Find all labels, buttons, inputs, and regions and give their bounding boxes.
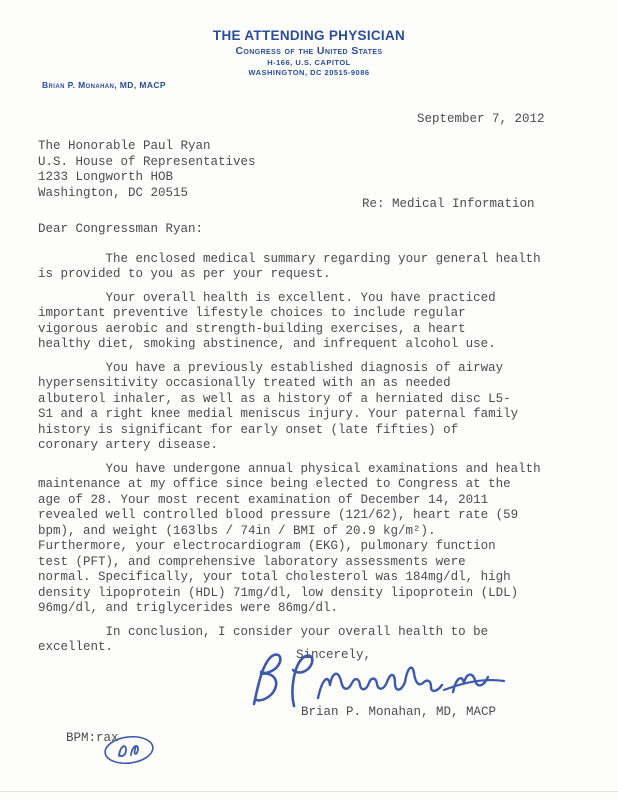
paragraph-enclosed-summary: The enclosed medical summary regarding y… [38, 252, 568, 283]
salutation: Dear Congressman Ryan: [38, 222, 568, 238]
subject-line: Re: Medical Information [362, 197, 535, 213]
letterhead-subtitle: Congress of the United States [0, 45, 618, 57]
paragraph-overall-health: Your overall health is excellent. You ha… [38, 291, 568, 353]
paragraph-medical-history: You have a previously established diagno… [38, 361, 568, 454]
signer-typed-name: Brian P. Monahan, MD, MACP [301, 705, 496, 721]
letter-date: September 7, 2012 [417, 112, 545, 128]
letterhead-address-line1: H-166, U.S. CAPITOL [0, 58, 618, 67]
letter-page: THE ATTENDING PHYSICIAN Congress of the … [0, 0, 618, 799]
letterhead-title: THE ATTENDING PHYSICIAN [0, 28, 618, 43]
letterhead-address-line2: WASHINGTON, DC 20515-9086 [0, 68, 618, 77]
letterhead-physician-name: Brian P. Monahan, MD, MACP [42, 80, 166, 90]
scan-edge-artifact [0, 791, 618, 792]
handwritten-initials-circle-icon [102, 733, 156, 767]
letterhead: THE ATTENDING PHYSICIAN Congress of the … [0, 28, 618, 77]
letter-body: Dear Congressman Ryan: The enclosed medi… [38, 222, 568, 664]
recipient-address: The Honorable Paul Ryan U.S. House of Re… [38, 139, 256, 201]
paragraph-examination-results: You have undergone annual physical exami… [38, 462, 568, 617]
